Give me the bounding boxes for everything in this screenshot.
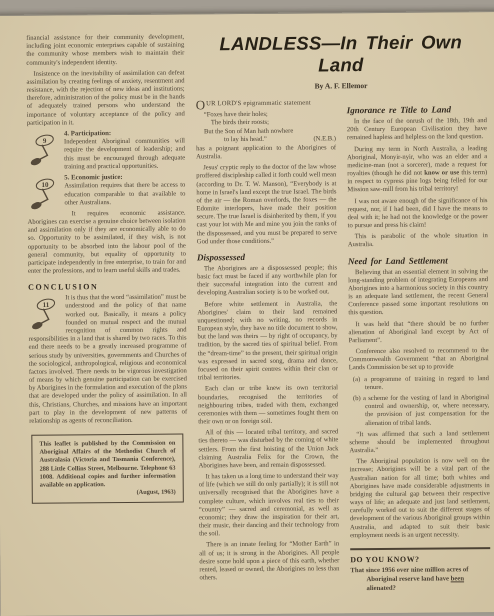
article-columns: OUR LORD'S epigrammatic statement “Foxes… xyxy=(196,98,491,595)
paragraph: It was held that “there should be no fur… xyxy=(348,320,488,346)
item-heading: 5. Economic justice: xyxy=(64,174,122,181)
byline: By A. F. Ellemor xyxy=(196,80,487,91)
right-column: Ignorance re Title to Land In the face o… xyxy=(347,98,491,594)
paragraph: financial assistance for their community… xyxy=(26,33,184,67)
verse-line: to lay his head.”(N.E.B.) xyxy=(224,135,336,144)
paragraph: There is an innate feeling for “Mother E… xyxy=(199,541,339,583)
do-you-know-text: That since 1956 over nine million acres … xyxy=(350,567,490,594)
paragraph: Each clan or tribe knew its own territor… xyxy=(198,385,338,427)
emphasized-text: know or use xyxy=(424,169,459,176)
svg-text:11: 11 xyxy=(43,301,50,309)
opening-line: OUR LORD'S epigrammatic statement xyxy=(196,99,336,108)
do-you-know-heading: DO YOU KNOW? xyxy=(350,555,490,565)
svg-text:9: 9 xyxy=(43,137,47,145)
publication-text: This leaflet is published by the Commiss… xyxy=(39,440,175,489)
paragraph: Believing that an essential element in s… xyxy=(348,268,488,318)
left-column: financial assistance for their community… xyxy=(26,29,189,600)
numbered-sign-icon: 10 xyxy=(27,175,57,212)
publication-date: (August, 1963) xyxy=(40,489,176,498)
list-item-b: (b) a scheme for the vesting of land in … xyxy=(349,394,489,428)
paragraph: All of this — located tribal territory, … xyxy=(198,428,338,470)
underlined-word: been xyxy=(451,575,464,582)
item-body: Independent Aboriginal communities will … xyxy=(64,138,185,170)
paragraph: “It was affirmed that such a land settle… xyxy=(349,430,489,456)
paragraph: Conference also resolved to recommend to… xyxy=(349,347,489,373)
drop-cap: O xyxy=(196,100,205,110)
opening-text: UR LORD'S epigrammatic statement xyxy=(206,100,311,108)
numbered-item-4: 9 4. Participation:Independent Aborigina… xyxy=(27,129,185,171)
paragraph: Insistence on the inevitability of assim… xyxy=(26,69,184,127)
paragraph: It has taken us a long time to understan… xyxy=(199,472,340,538)
numbered-item-5: 10 5. Economic justice:Assimilation requ… xyxy=(27,173,185,207)
paragraph: has a poignant application to the Aborig… xyxy=(196,144,336,161)
paragraph: Jesus' cryptic reply to the doctor of th… xyxy=(196,164,337,247)
paragraph: Before white settlement in Australia, th… xyxy=(197,300,338,383)
page-title: LANDLESS—In Their Own Land xyxy=(195,31,486,77)
section-heading-land-settlement: Need for Land Settlement xyxy=(348,255,488,266)
middle-column: OUR LORD'S epigrammatic statement “Foxes… xyxy=(196,99,340,595)
conclusion-block: 11 It is thus that the word “assimilatio… xyxy=(28,294,187,426)
verse-attribution: (N.E.B.) xyxy=(313,135,336,143)
divider-rule xyxy=(350,547,490,551)
paragraph: I was not aware enough of the significan… xyxy=(347,197,487,231)
numbered-sign-icon: 9 xyxy=(27,131,57,168)
paragraph: This is parabolic of the whole situation… xyxy=(348,232,488,249)
paragraph: The Aboriginal population is now well on… xyxy=(350,457,491,540)
page-content: financial assistance for their community… xyxy=(0,12,494,600)
item-body: Assimilation requires that there be acce… xyxy=(64,182,185,206)
numbered-sign-icon: 11 xyxy=(28,296,58,333)
document-page: financial assistance for their community… xyxy=(0,11,494,600)
article-area: LANDLESS—In Their Own Land By A. F. Elle… xyxy=(195,27,490,600)
section-heading-dispossessed: Dispossessed xyxy=(197,251,337,262)
paragraph: It requires economic assistance. Aborigi… xyxy=(28,209,187,276)
scripture-verse: “Foxes have their holes; The birds their… xyxy=(204,110,336,144)
list-item-a: (a) a programme of training in regard to… xyxy=(349,375,489,392)
svg-text:10: 10 xyxy=(41,181,49,189)
publication-info-box: This leaflet is published by the Commiss… xyxy=(31,434,184,504)
paragraph: During my term in North Australia, a lea… xyxy=(347,145,487,195)
conclusion-heading: CONCLUSION xyxy=(28,282,186,292)
section-heading-ignorance: Ignorance re Title to Land xyxy=(347,104,487,115)
item-heading: 4. Participation: xyxy=(64,130,111,137)
paragraph: The Aborigines are a dispossessed people… xyxy=(197,264,337,298)
paragraph: In the face of the onrush of the 18th, 1… xyxy=(347,117,487,143)
